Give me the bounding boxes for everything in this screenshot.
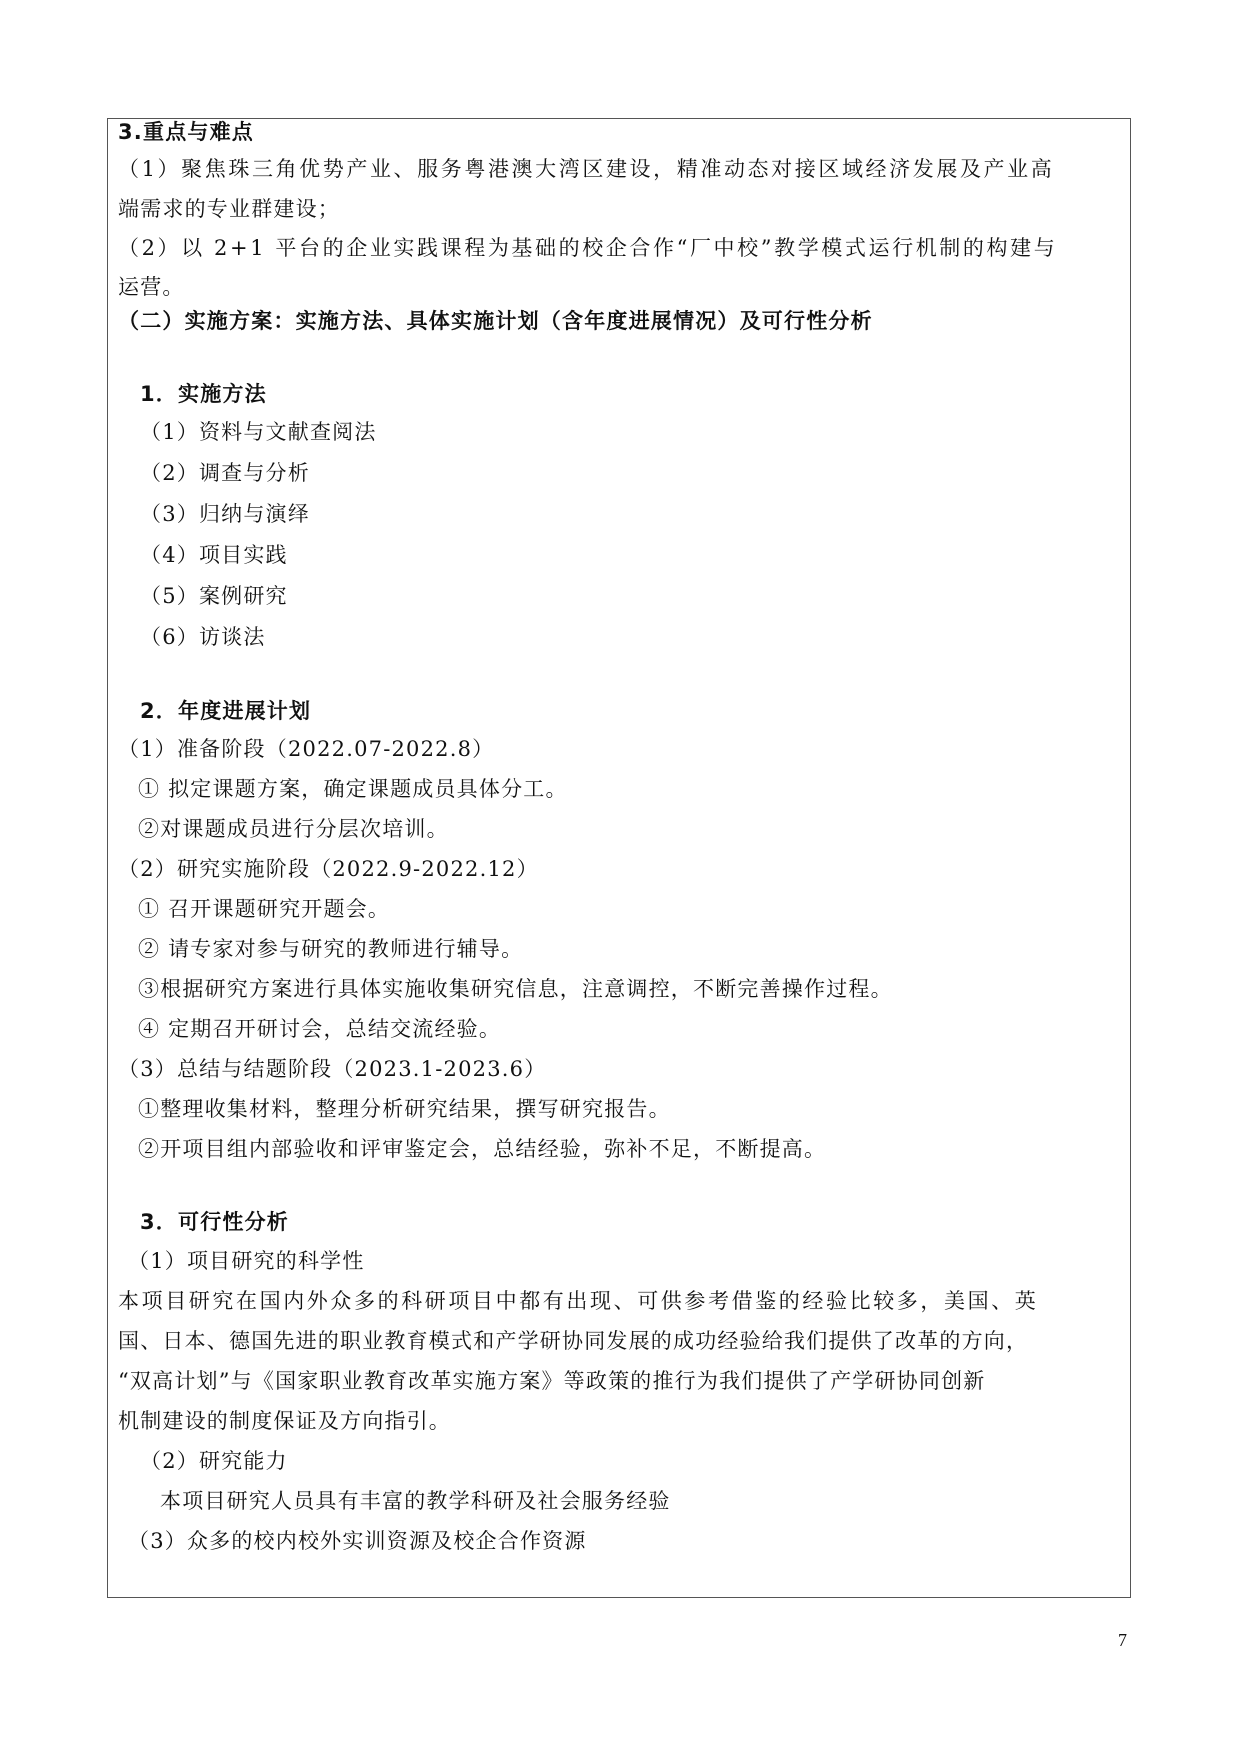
subsection-heading-feasibility: 3．可行性分析 — [140, 1208, 289, 1236]
feasibility-subtitle: （3）众多的校内校外实训资源及校企合作资源 — [128, 1527, 587, 1555]
stage-title: （1）准备阶段（2022.07-2022.8） — [118, 735, 494, 763]
stage-step: ①整理收集材料，整理分析研究结果，撰写研究报告。 — [138, 1095, 671, 1123]
paragraph-line: 国、日本、德国先进的职业教育模式和产学研协同发展的成功经验给我们提供了改革的方向… — [118, 1327, 1028, 1355]
stage-step: ② 请专家对参与研究的教师进行辅导。 — [138, 935, 523, 963]
stage-title: （3）总结与结题阶段（2023.1-2023.6） — [118, 1055, 546, 1083]
method-item: （6）访谈法 — [140, 623, 266, 651]
paragraph-line: 运营。 — [118, 273, 185, 301]
stage-step: ① 拟定课题方案，确定课题成员具体分工。 — [138, 775, 568, 803]
paragraph-line: 机制建设的制度保证及方向指引。 — [118, 1407, 451, 1435]
page-number: 7 — [1118, 1630, 1127, 1651]
method-item: （3）归纳与演绎 — [140, 500, 310, 528]
stage-step: ① 召开课题研究开题会。 — [138, 895, 390, 923]
method-item: （4）项目实践 — [140, 541, 288, 569]
paragraph-line: 端需求的专业群建设； — [118, 195, 340, 223]
paragraph-line: 本项目研究在国内外众多的科研项目中都有出现、可供参考借鉴的经验比较多，美国、英 — [118, 1287, 1038, 1315]
stage-title: （2）研究实施阶段（2022.9-2022.12） — [118, 855, 539, 883]
method-item: （5）案例研究 — [140, 582, 288, 610]
subsection-heading-methods: 1．实施方法 — [140, 380, 267, 408]
paragraph-line: 本项目研究人员具有丰富的教学科研及社会服务经验 — [160, 1487, 671, 1515]
feasibility-subtitle: （1）项目研究的科学性 — [128, 1247, 365, 1275]
method-item: （1）资料与文献查阅法 — [140, 418, 377, 446]
section-heading-key-points: 3.重点与难点 — [118, 118, 254, 146]
stage-step: ④ 定期召开研讨会，总结交流经验。 — [138, 1015, 501, 1043]
paragraph-line: （2）以 2+1 平台的企业实践课程为基础的校企合作“厂中校”教学模式运行机制的… — [118, 234, 1057, 262]
stage-step: ②对课题成员进行分层次培训。 — [138, 815, 449, 843]
stage-step: ②开项目组内部验收和评审鉴定会，总结经验，弥补不足，不断提高。 — [138, 1135, 826, 1163]
method-item: （2）调查与分析 — [140, 459, 310, 487]
paragraph-line: “双高计划”与《国家职业教育改革实施方案》等政策的推行为我们提供了产学研协同创新 — [118, 1367, 985, 1395]
subsection-heading-annual-plan: 2．年度进展计划 — [140, 697, 311, 725]
section-heading-implementation-plan: （二）实施方案：实施方法、具体实施计划（含年度进展情况）及可行性分析 — [118, 307, 873, 335]
paragraph-line: （1）聚焦珠三角优势产业、服务粤港澳大湾区建设，精准动态对接区域经济发展及产业高 — [118, 155, 1054, 183]
feasibility-subtitle: （2）研究能力 — [140, 1447, 288, 1475]
stage-step: ③根据研究方案进行具体实施收集研究信息，注意调控，不断完善操作过程。 — [138, 975, 893, 1003]
